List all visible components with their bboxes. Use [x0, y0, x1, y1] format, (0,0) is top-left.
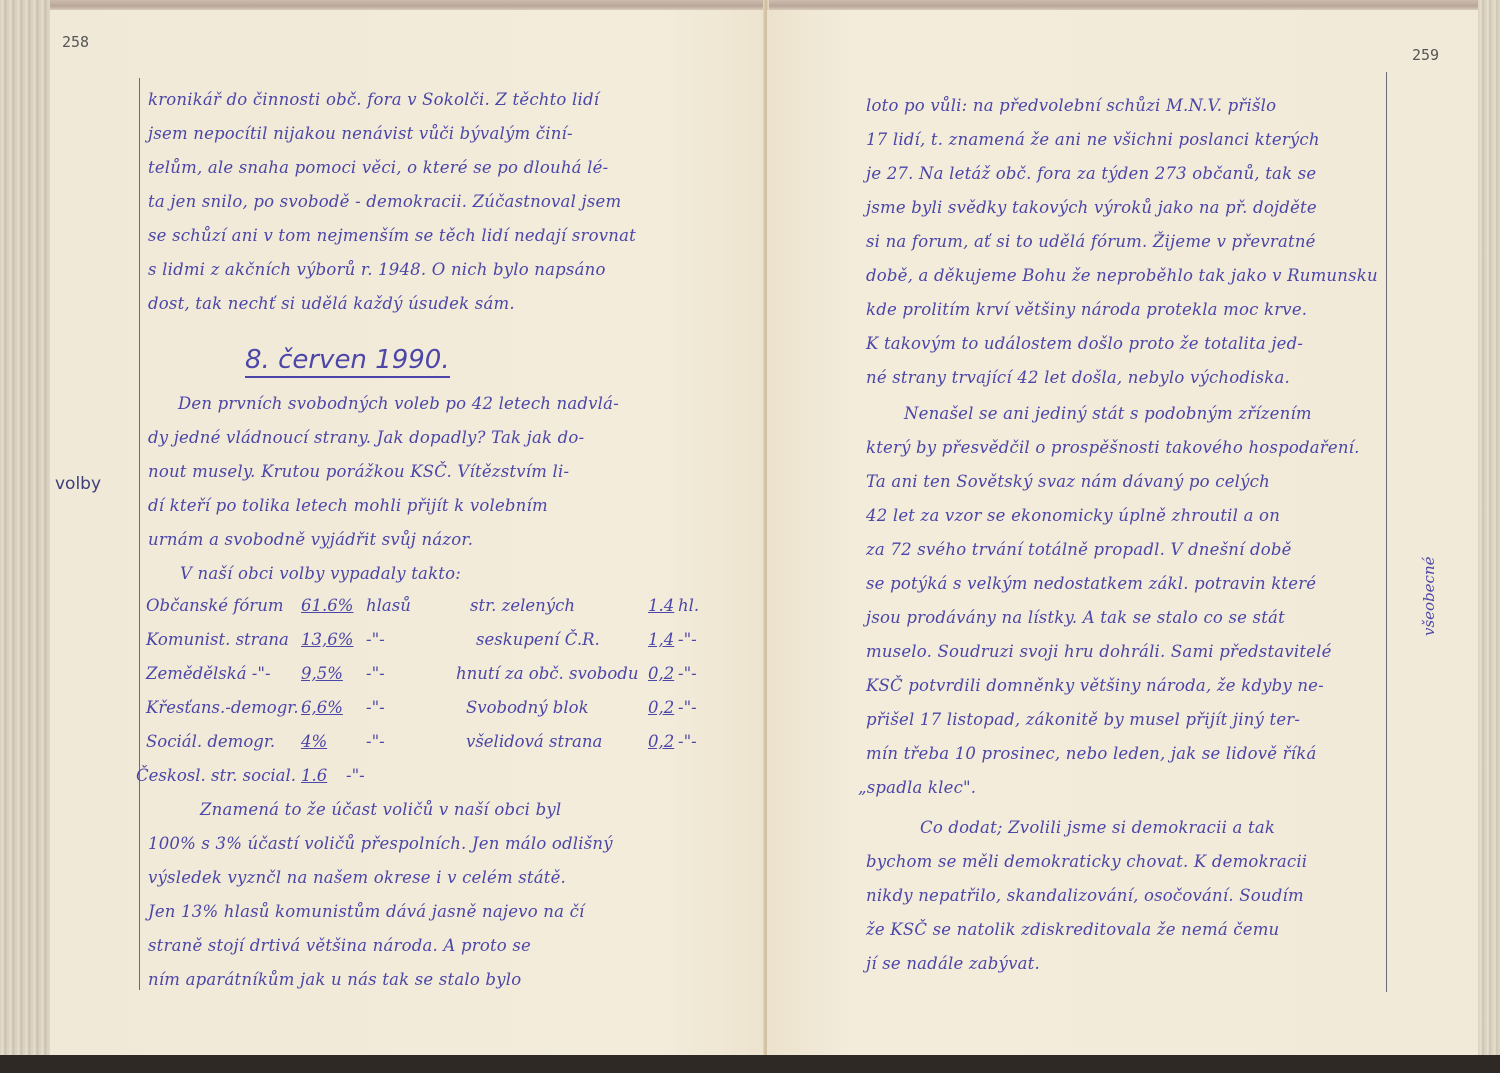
text-line: loto po vůli: na předvolební schůzi M.N.…	[866, 96, 1276, 115]
party-name: Sociál. demogr.	[146, 732, 275, 751]
text-line: Znamená to že účast voličů v naší obci b…	[200, 800, 561, 819]
party-unit: -"-	[678, 732, 697, 751]
text-line: za 72 svého trvání totálně propadl. V dn…	[866, 540, 1292, 559]
text-line: se schůzí ani v tom nejmenším se těch li…	[148, 226, 636, 245]
text-line: jí se nadále zabývat.	[866, 954, 1040, 973]
party-name: Křesťans.-demogr.	[146, 698, 299, 717]
party-name: všelidová strana	[466, 732, 602, 751]
text-line: době, a děkujeme Bohu že neproběhlo tak …	[866, 266, 1378, 285]
left-margin-rule	[139, 78, 140, 990]
result-row: Zemědělská -"- 9,5% -"-	[146, 664, 271, 683]
text-line: telům, ale snaha pomoci věci, o které se…	[148, 158, 608, 177]
text-line: kde prolitím krví většiny národa protekl…	[866, 300, 1307, 319]
text-line: jsou prodávány na lístky. A tak se stalo…	[866, 608, 1285, 627]
table-surface	[0, 1055, 1500, 1073]
text-line: 17 lidí, t. znamená že ani ne všichni po…	[866, 130, 1320, 149]
party-percent: 9,5%	[301, 664, 343, 683]
result-row: Občanské fórum 61.6% hlasů	[146, 596, 283, 615]
result-row: seskupení Č.R. 1,4 -"-	[476, 630, 600, 649]
result-row: hnutí za obč. svobodu 0,2 -"-	[456, 664, 638, 683]
party-percent: 1,4	[648, 630, 674, 649]
text-line: se potýká s velkým nedostatkem zákl. pot…	[866, 574, 1316, 593]
party-unit: -"-	[366, 732, 385, 751]
text-line: dy jedné vládnoucí strany. Jak dopadly? …	[148, 428, 584, 447]
text-line: kronikář do činnosti obč. fora v Sokolči…	[148, 90, 599, 109]
text-line: muselo. Soudruzi svoji hru dohráli. Sami…	[866, 642, 1332, 661]
text-line: straně stojí drtivá většina národa. A pr…	[148, 936, 531, 955]
text-line: „spadla klec".	[858, 778, 976, 797]
party-percent: 1.4	[648, 596, 674, 615]
party-unit: -"-	[678, 698, 697, 717]
text-line: přišel 17 listopad, zákonitě by musel př…	[866, 710, 1300, 729]
book-top-edge	[0, 0, 1500, 10]
text-line: K takovým to událostem došlo proto že to…	[866, 334, 1303, 353]
party-name: seskupení Č.R.	[476, 630, 600, 649]
text-line: že KSČ se natolik zdiskreditovala že nem…	[866, 920, 1279, 939]
text-line: 42 let za vzor se ekonomicky úplně zhrou…	[866, 506, 1280, 525]
text-line: Den prvních svobodných voleb po 42 letec…	[178, 394, 619, 413]
party-percent: 0,2	[648, 664, 674, 683]
party-unit: hlasů	[366, 596, 411, 615]
left-page-number: 258	[62, 33, 89, 51]
text-line: jsem nepocítil nijakou nenávist vůči býv…	[148, 124, 573, 143]
result-row: Křesťans.-demogr. 6,6% -"-	[146, 698, 299, 717]
text-line: si na forum, ať si to udělá fórum. Žijem…	[866, 232, 1316, 251]
page-stack-right-edge	[1478, 0, 1500, 1058]
party-percent: 0,2	[648, 698, 674, 717]
party-percent: 13,6%	[301, 630, 353, 649]
text-line: dí kteří po tolika letech mohli přijít k…	[148, 496, 548, 515]
party-percent: 1.6	[301, 766, 327, 785]
text-line: Jen 13% hlasů komunistům dává jasně naje…	[148, 902, 585, 921]
text-line: nikdy nepatřilo, skandalizování, osočová…	[866, 886, 1304, 905]
result-row: str. zelených 1.4 hl.	[470, 596, 575, 615]
text-line: Co dodat; Zvolili jsme si demokracii a t…	[920, 818, 1275, 837]
margin-note-vseobecne: všeobecné	[1420, 557, 1438, 637]
text-line: je 27. Na letáž obč. fora za týden 273 o…	[866, 164, 1316, 183]
party-name: Českosl. str. social.	[136, 766, 296, 785]
party-percent: 61.6%	[301, 596, 353, 615]
text-line: mín třeba 10 prosinec, nebo leden, jak s…	[866, 744, 1316, 763]
party-name: Svobodný blok	[466, 698, 589, 717]
text-line: ta jen snilo, po svobodě - demokracii. Z…	[148, 192, 621, 211]
text-line: KSČ potvrdili domněnky většiny národa, ž…	[866, 676, 1324, 695]
party-unit: hl.	[678, 596, 699, 615]
party-name: Občanské fórum	[146, 596, 283, 615]
text-line: Ta ani ten Sovětský svaz nám dávaný po c…	[866, 472, 1270, 491]
text-line: výsledek vyznčl na našem okrese i v celé…	[148, 868, 566, 887]
party-unit: -"-	[366, 698, 385, 717]
open-book: 258 259 volby všeobecné kronikář do činn…	[0, 0, 1500, 1058]
margin-note-volby: volby	[55, 474, 101, 494]
text-line: 100% s 3% účastí voličů přespolních. Jen…	[148, 834, 613, 853]
result-row: Svobodný blok 0,2 -"-	[466, 698, 589, 717]
party-name: Zemědělská -"-	[146, 664, 271, 683]
text-line: né strany trvající 42 let došla, nebylo …	[866, 368, 1290, 387]
party-unit: -"-	[678, 664, 697, 683]
result-row: Sociál. demogr. 4% -"-	[146, 732, 275, 751]
page-stack-left-edge	[0, 0, 50, 1055]
party-unit: -"-	[366, 630, 385, 649]
text-line: Nenašel se ani jediný stát s podobným zř…	[904, 404, 1312, 423]
text-line: V naší obci volby vypadaly takto:	[180, 564, 461, 583]
result-row: Českosl. str. social. 1.6 -"-	[136, 766, 296, 785]
party-unit: -"-	[366, 664, 385, 683]
text-line: nout musely. Krutou porážkou KSČ. Vítězs…	[148, 462, 569, 481]
text-line: bychom se měli demokraticky chovat. K de…	[866, 852, 1307, 871]
party-name: hnutí za obč. svobodu	[456, 664, 638, 683]
right-page-number: 259	[1412, 46, 1439, 64]
party-percent: 0,2	[648, 732, 674, 751]
right-margin-rule	[1386, 72, 1387, 992]
party-name: Komunist. strana	[146, 630, 289, 649]
text-line: s lidmi z akčních výborů r. 1948. O nich…	[148, 260, 606, 279]
party-name: str. zelených	[470, 596, 575, 615]
entry-heading-date: 8. červen 1990.	[245, 345, 450, 378]
party-percent: 4%	[301, 732, 327, 751]
result-row: Komunist. strana 13,6% -"-	[146, 630, 289, 649]
party-unit: -"-	[346, 766, 365, 785]
text-line: ním aparátníkům jak u nás tak se stalo b…	[148, 970, 521, 989]
text-line: jsme byli svědky takových výroků jako na…	[866, 198, 1317, 217]
result-row: všelidová strana 0,2 -"-	[466, 732, 602, 751]
text-line: který by přesvědčil o prospěšnosti takov…	[866, 438, 1360, 457]
text-line: urnám a svobodně vyjádřit svůj názor.	[148, 530, 473, 549]
party-percent: 6,6%	[301, 698, 343, 717]
party-unit: -"-	[678, 630, 697, 649]
text-line: dost, tak nechť si udělá každý úsudek sá…	[148, 294, 515, 313]
